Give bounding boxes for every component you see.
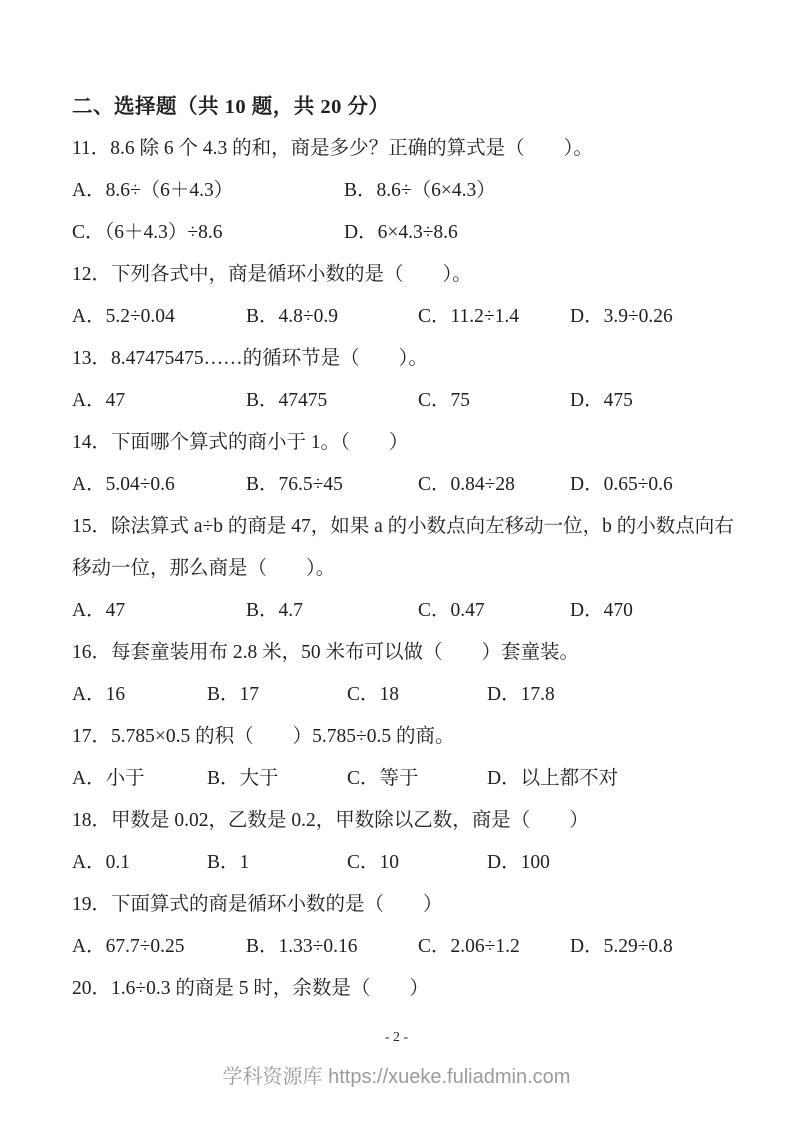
- question-19-option-c: C．2.06÷1.2: [418, 926, 570, 968]
- question-14-option-c: C．0.84÷28: [418, 464, 570, 506]
- question-12-stem: 12．下列各式中，商是循环小数的是（ ）。: [72, 254, 737, 296]
- question-14-option-d: D．0.65÷0.6: [570, 464, 673, 506]
- question-17-option-c: C．等于: [347, 758, 487, 800]
- question-17-stem: 17．5.785×0.5 的积（ ）5.785÷0.5 的商。: [72, 716, 737, 758]
- question-14-option-b: B．76.5÷45: [246, 464, 418, 506]
- question-12-option-d: D．3.9÷0.26: [570, 296, 673, 338]
- question-15-option-d: D．470: [570, 590, 633, 632]
- question-15-options-row: A．47 B．4.7 C．0.47 D．470: [72, 590, 737, 632]
- question-15-option-a: A．47: [72, 590, 246, 632]
- question-14-options-row: A．5.04÷0.6 B．76.5÷45 C．0.84÷28 D．0.65÷0.…: [72, 464, 737, 506]
- question-17-option-b: B．大于: [207, 758, 347, 800]
- question-19-options-row: A．67.7÷0.25 B．1.33÷0.16 C．2.06÷1.2 D．5.2…: [72, 926, 737, 968]
- question-17-option-a: A．小于: [72, 758, 207, 800]
- question-13-options-row: A．47 B．47475 C．75 D．475: [72, 380, 737, 422]
- exam-content: 二、选择题（共 10 题，共 20 分） 11．8.6 除 6 个 4.3 的和…: [72, 86, 737, 1010]
- question-19-stem: 19．下面算式的商是循环小数的是（ ）: [72, 884, 737, 926]
- question-13-option-a: A．47: [72, 380, 246, 422]
- question-11-options-row-1: A．8.6÷（6＋4.3） B．8.6÷（6×4.3）: [72, 170, 737, 212]
- exam-document-page: 二、选择题（共 10 题，共 20 分） 11．8.6 除 6 个 4.3 的和…: [0, 0, 793, 1122]
- question-13-stem: 13．8.47475475……的循环节是（ ）。: [72, 338, 737, 380]
- question-16-option-b: B．17: [207, 674, 347, 716]
- footer-watermark: 学科资源库 https://xueke.fuliadmin.com: [0, 1060, 793, 1089]
- question-11-option-a: A．8.6÷（6＋4.3）: [72, 170, 344, 212]
- question-16-options-row: A．16 B．17 C．18 D．17.8: [72, 674, 737, 716]
- question-12-option-c: C．11.2÷1.4: [418, 296, 570, 338]
- question-18-option-a: A．0.1: [72, 842, 207, 884]
- question-17-options-row: A．小于 B．大于 C．等于 D．以上都不对: [72, 758, 737, 800]
- question-12-options-row: A．5.2÷0.04 B．4.8÷0.9 C．11.2÷1.4 D．3.9÷0.…: [72, 296, 737, 338]
- question-16-option-c: C．18: [347, 674, 487, 716]
- section-title: 二、选择题（共 10 题，共 20 分）: [72, 86, 737, 128]
- question-11-options-row-2: C．（6＋4.3）÷8.6 D．6×4.3÷8.6: [72, 212, 737, 254]
- question-15-stem-line-1: 15．除法算式 a÷b 的商是 47，如果 a 的小数点向左移动一位，b 的小数…: [72, 506, 737, 548]
- question-18-stem: 18．甲数是 0.02，乙数是 0.2，甲数除以乙数，商是（ ）: [72, 800, 737, 842]
- question-18-option-b: B．1: [207, 842, 347, 884]
- question-12-option-a: A．5.2÷0.04: [72, 296, 246, 338]
- question-18-option-d: D．100: [487, 842, 550, 884]
- question-18-options-row: A．0.1 B．1 C．10 D．100: [72, 842, 737, 884]
- question-11-stem: 11．8.6 除 6 个 4.3 的和，商是多少？正确的算式是（ ）。: [72, 128, 737, 170]
- question-20-stem: 20．1.6÷0.3 的商是 5 时，余数是（ ）: [72, 968, 737, 1010]
- question-17-option-d: D．以上都不对: [487, 758, 618, 800]
- question-19-option-a: A．67.7÷0.25: [72, 926, 246, 968]
- question-12-option-b: B．4.8÷0.9: [246, 296, 418, 338]
- question-11-option-c: C．（6＋4.3）÷8.6: [72, 212, 344, 254]
- question-16-option-a: A．16: [72, 674, 207, 716]
- question-15-option-b: B．4.7: [246, 590, 418, 632]
- question-13-option-c: C．75: [418, 380, 570, 422]
- question-11-option-b: B．8.6÷（6×4.3）: [344, 170, 496, 212]
- question-16-stem: 16．每套童装用布 2.8 米，50 米布可以做（ ）套童装。: [72, 632, 737, 674]
- page-number: - 2 -: [0, 1030, 793, 1046]
- question-14-stem: 14．下面哪个算式的商小于 1。（ ）: [72, 422, 737, 464]
- question-15-stem-line-2: 移动一位，那么商是（ ）。: [72, 548, 737, 590]
- question-19-option-b: B．1.33÷0.16: [246, 926, 418, 968]
- question-14-option-a: A．5.04÷0.6: [72, 464, 246, 506]
- question-16-option-d: D．17.8: [487, 674, 555, 716]
- question-18-option-c: C．10: [347, 842, 487, 884]
- question-13-option-b: B．47475: [246, 380, 418, 422]
- question-19-option-d: D．5.29÷0.8: [570, 926, 673, 968]
- question-13-option-d: D．475: [570, 380, 633, 422]
- question-15-option-c: C．0.47: [418, 590, 570, 632]
- question-11-option-d: D．6×4.3÷8.6: [344, 212, 458, 254]
